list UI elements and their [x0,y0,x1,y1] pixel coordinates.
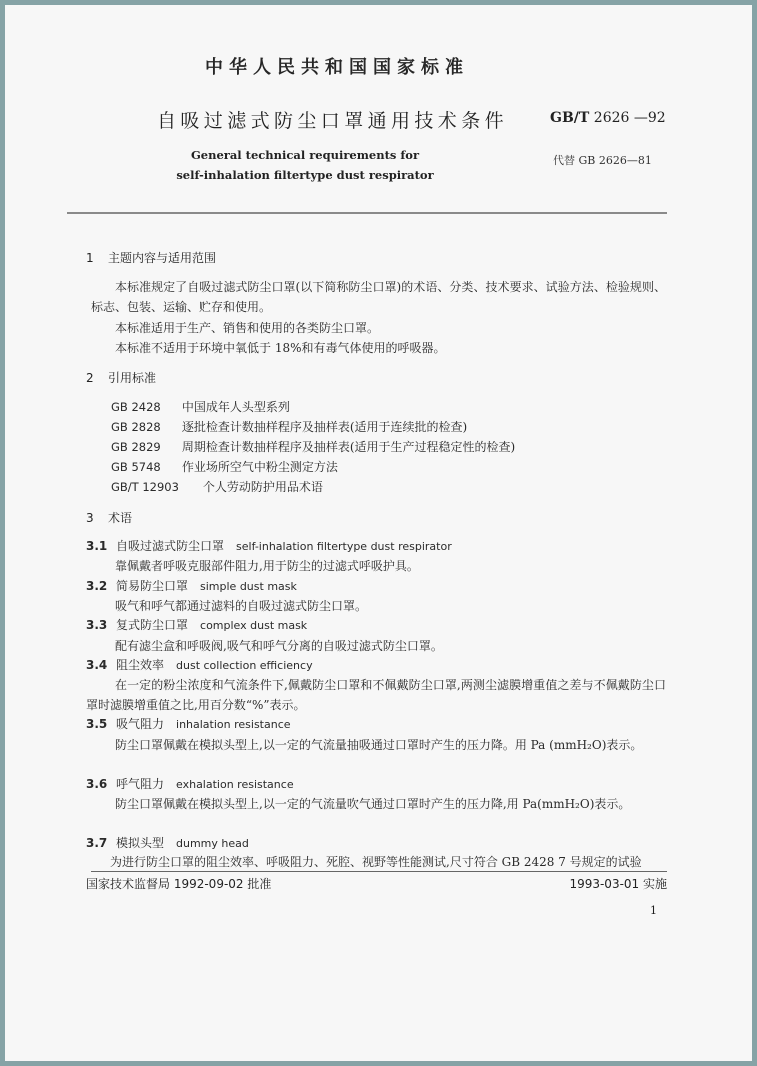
term-heading: 3.5吸气阻力inhalation resistance [86,715,291,732]
reference-code: GB 5748 [111,460,178,474]
term-definition: 配有滤尘盒和呼吸阀,吸气和呼气分离的自吸过滤式防尘口罩。 [91,636,666,656]
document-page: 中华人民共和国国家标准 自吸过滤式防尘口罩通用技术条件 GB/T 2626 —9… [5,5,752,1061]
term-en: self-inhalation filtertype dust respirat… [236,540,452,553]
standard-code: GB/T 2626 —92 [550,110,666,126]
section-1-paragraph-2: 本标准适用于生产、销售和使用的各类防尘口罩。 [91,318,666,338]
term-number: 3.4 [86,658,116,672]
reference-item: GB 2829 周期检查计数抽样程序及抽样表(适用于生产过程稳定性的检查) [111,438,515,455]
reference-code: GB 2828 [111,420,178,434]
reference-title: 周期检查计数抽样程序及抽样表(适用于生产过程稳定性的检查) [182,440,515,454]
term-number: 3.3 [86,618,116,632]
page-number: 1 [650,904,657,917]
section-1-paragraph-1: 本标准规定了自吸过滤式防尘口罩(以下简称防尘口罩)的术语、分类、技术要求、试验方… [91,277,666,317]
term-cn: 阻尘效率 [116,658,164,672]
term-cn: 自吸过滤式防尘口罩 [116,539,224,553]
term-en: dummy head [176,837,249,850]
term-definition: 靠佩戴者呼吸克服部件阻力,用于防尘的过滤式呼吸护具。 [91,556,666,576]
term-heading: 3.7模拟头型dummy head [86,834,249,851]
term-number: 3.1 [86,539,116,553]
reference-item: GB 5748 作业场所空气中粉尘测定方法 [111,458,338,475]
replaces-standard: 代替 GB 2626—81 [553,152,652,168]
footer-divider [91,871,667,872]
reference-item: GB 2428 中国成年人头型系列 [111,398,290,415]
term-definition: 防尘口罩佩戴在模拟头型上,以一定的气流量吹气通过口罩时产生的压力降,用 Pa(m… [86,794,666,814]
section-number: 2 [86,371,108,385]
term-en: simple dust mask [200,580,297,593]
section-title: 引用标准 [108,371,156,385]
term-number: 3.6 [86,777,116,791]
reference-code: GB/T 12903 [111,480,199,494]
approval-date: 国家技术监督局 1992-09-02 批准 [86,875,271,892]
term-en: inhalation resistance [176,718,291,731]
term-heading: 3.6呼气阻力exhalation resistance [86,775,294,792]
term-cn: 吸气阻力 [116,717,164,731]
term-number: 3.2 [86,579,116,593]
standard-code-prefix: GB/T [550,110,589,126]
term-definition: 吸气和呼气都通过滤料的自吸过滤式防尘口罩。 [91,596,666,616]
reference-title: 个人劳动防护用品术语 [203,480,323,494]
section-number: 3 [86,511,108,525]
term-heading: 3.2简易防尘口罩simple dust mask [86,577,297,594]
term-en: dust collection efficiency [176,659,313,672]
term-cn: 简易防尘口罩 [116,579,188,593]
section-title: 主题内容与适用范围 [108,251,216,265]
term-definition: 为进行防尘口罩的阻尘效率、呼吸阻力、死腔、视野等性能测试,尺寸符合 GB 242… [110,853,642,870]
term-heading: 3.4阻尘效率dust collection efficiency [86,656,313,673]
section-2-heading: 2引用标准 [86,369,156,386]
standard-code-number: 2626 —92 [594,110,666,126]
term-number: 3.5 [86,717,116,731]
reference-item: GB/T 12903 个人劳动防护用品术语 [111,478,323,495]
reference-title: 作业场所空气中粉尘测定方法 [182,460,338,474]
national-standard-heading: 中华人民共和国国家标准 [205,53,469,79]
reference-item: GB 2828 逐批检查计数抽样程序及抽样表(适用于连续批的检查) [111,418,467,435]
reference-code: GB 2829 [111,440,178,454]
reference-title: 中国成年人头型系列 [182,400,290,414]
document-title-cn: 自吸过滤式防尘口罩通用技术条件 [157,106,508,133]
term-definition: 在一定的粉尘浓度和气流条件下,佩戴防尘口罩和不佩戴防尘口罩,两测尘滤膜增重值之差… [86,675,666,715]
section-title: 术语 [108,511,132,525]
term-cn: 复式防尘口罩 [116,618,188,632]
reference-code: GB 2428 [111,400,178,414]
section-1-heading: 1主题内容与适用范围 [86,249,216,266]
document-title-en-line2: self-inhalation filtertype dust respirat… [155,165,455,186]
section-number: 1 [86,251,108,265]
effective-date: 1993-03-01 实施 [569,875,667,892]
term-en: exhalation resistance [176,778,294,791]
reference-title: 逐批检查计数抽样程序及抽样表(适用于连续批的检查) [182,420,467,434]
term-en: complex dust mask [200,619,307,632]
term-cn: 模拟头型 [116,836,164,850]
term-definition: 防尘口罩佩戴在模拟头型上,以一定的气流量抽吸通过口罩时产生的压力降。用 Pa (… [86,735,666,755]
term-heading: 3.3复式防尘口罩complex dust mask [86,616,307,633]
term-number: 3.7 [86,836,116,850]
header-divider [67,212,667,214]
section-3-heading: 3术语 [86,509,132,526]
document-title-en-line1: General technical requirements for [155,145,455,166]
term-cn: 呼气阻力 [116,777,164,791]
section-1-paragraph-3: 本标准不适用于环境中氧低于 18%和有毒气体使用的呼吸器。 [91,338,666,358]
term-heading: 3.1自吸过滤式防尘口罩self-inhalation filtertype d… [86,537,452,554]
